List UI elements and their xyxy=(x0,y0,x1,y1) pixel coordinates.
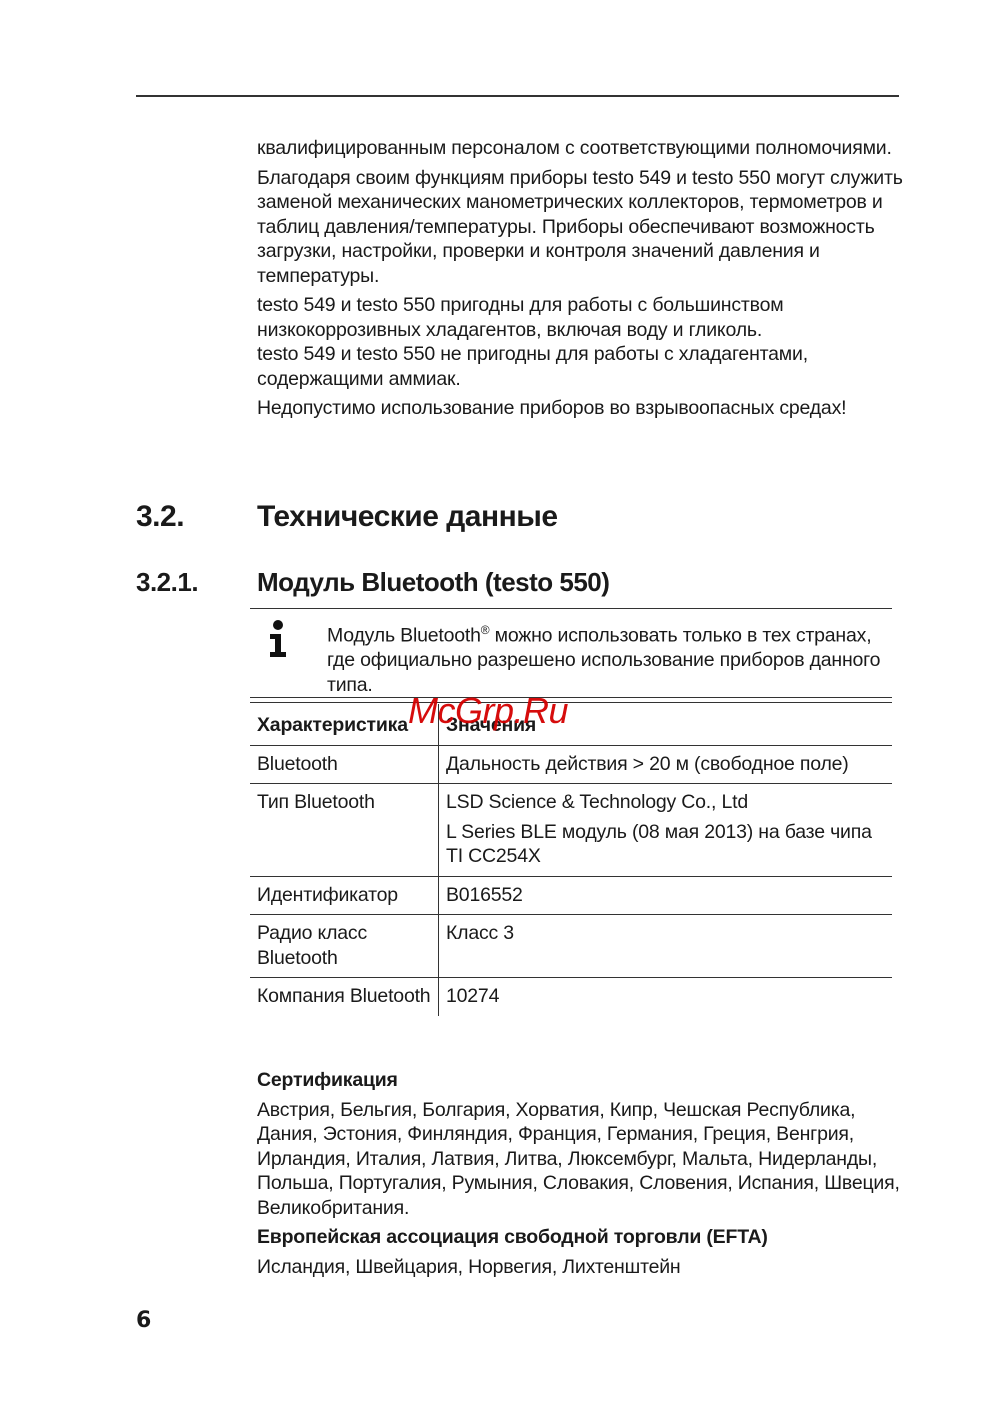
header-rule xyxy=(136,95,899,97)
table-row: Bluetooth Дальность действия > 20 м (сво… xyxy=(250,745,892,784)
note-divider xyxy=(250,697,892,703)
row-label: Компания Bluetooth xyxy=(250,978,439,1016)
row-value: B016552 xyxy=(439,876,893,915)
note-text: Модуль Bluetooth® можно использовать тол… xyxy=(327,618,887,697)
intro-paragraph: testo 549 и testo 550 не пригодны для ра… xyxy=(257,342,907,391)
certification-block: Сертификация Австрия, Бельгия, Болгария,… xyxy=(257,1068,907,1284)
intro-paragraph: testo 549 и testo 550 пригодны для работ… xyxy=(257,293,907,342)
certification-countries: Австрия, Бельгия, Болгария, Хорватия, Ки… xyxy=(257,1098,907,1221)
value-text: L Series BLE модуль (08 мая 2013) на баз… xyxy=(446,820,885,869)
section-title: Технические данные xyxy=(257,500,558,533)
intro-paragraph: квалифицированным персоналом с соответст… xyxy=(257,136,907,161)
value-text: B016552 xyxy=(446,883,885,908)
page-number: 6 xyxy=(136,1308,151,1333)
intro-text: квалифицированным персоналом с соответст… xyxy=(257,136,907,426)
subsection-heading: 3.2.1.Модуль Bluetooth (testo 550) xyxy=(136,567,609,598)
section-number: 3.2. xyxy=(136,500,257,534)
note-text-part: Модуль Bluetooth xyxy=(327,625,481,647)
section-heading: 3.2.Технические данные xyxy=(136,500,558,534)
value-text: Класс 3 xyxy=(446,921,885,946)
value-text: 10274 xyxy=(446,984,885,1009)
efta-heading: Европейская ассоциация свободной торговл… xyxy=(257,1225,907,1250)
bluetooth-spec-table: Характеристика Значения Bluetooth Дально… xyxy=(250,704,892,1016)
value-text: Дальность действия > 20 м (свободное пол… xyxy=(446,752,885,777)
row-label: Идентификатор xyxy=(250,876,439,915)
row-value: LSD Science & Technology Co., Ltd L Seri… xyxy=(439,784,893,877)
subsection-title: Модуль Bluetooth (testo 550) xyxy=(257,567,609,597)
table-row: Компания Bluetooth 10274 xyxy=(250,978,892,1016)
row-value: Класс 3 xyxy=(439,915,893,978)
row-value: Дальность действия > 20 м (свободное пол… xyxy=(439,745,893,784)
table-row: Тип Bluetooth LSD Science & Technology C… xyxy=(250,784,892,877)
row-label: Тип Bluetooth xyxy=(250,784,439,877)
intro-paragraph: Недопустимо использование приборов во вз… xyxy=(257,396,907,421)
row-value: 10274 xyxy=(439,978,893,1016)
value-text: LSD Science & Technology Co., Ltd xyxy=(446,790,885,815)
subsection-number: 3.2.1. xyxy=(136,567,257,598)
row-label: Bluetooth xyxy=(250,745,439,784)
table-row: Радио класс Bluetooth Класс 3 xyxy=(250,915,892,978)
table-row: Идентификатор B016552 xyxy=(250,876,892,915)
certification-heading: Сертификация xyxy=(257,1068,907,1093)
info-note: Модуль Bluetooth® можно использовать тол… xyxy=(250,608,892,609)
watermark: McGrp.Ru xyxy=(408,690,568,732)
efta-countries: Исландия, Швейцария, Норвегия, Лихтенште… xyxy=(257,1255,907,1280)
intro-paragraph: Благодаря своим функциям приборы testo 5… xyxy=(257,166,907,289)
row-label: Радио класс Bluetooth xyxy=(250,915,439,978)
info-icon xyxy=(266,619,290,659)
table-header-row: Характеристика Значения xyxy=(250,704,892,745)
